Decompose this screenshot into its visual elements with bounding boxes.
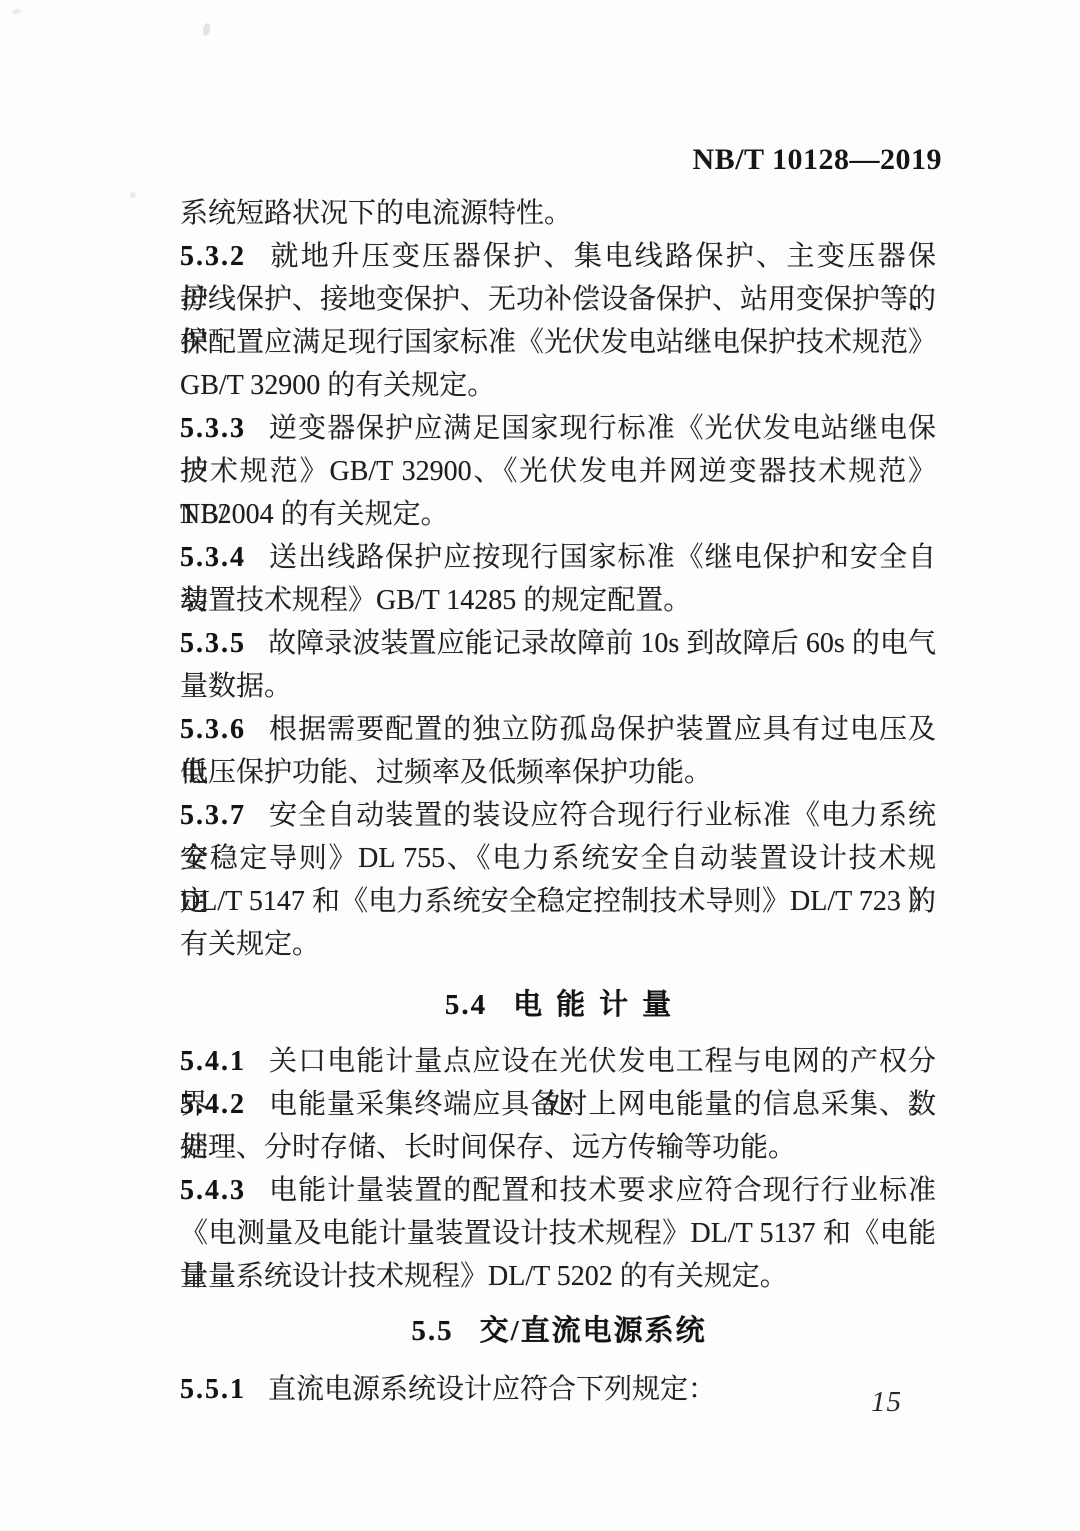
document-number: NB/T 10128—2019 bbox=[693, 143, 942, 177]
body-line: 处理、分时存储、长时间保存、远方传输等功能。 bbox=[180, 1126, 936, 1169]
body-text: T 32004 的有关规定。 bbox=[180, 499, 449, 530]
scan-artifact bbox=[202, 22, 212, 36]
body-text: 护配置应满足现行国家标准《光伏发电站继电保护技术规范》 bbox=[180, 327, 936, 358]
body-line: 5.4.3电能计量装置的配置和技术要求应符合现行行业标准 bbox=[180, 1169, 936, 1212]
body-text: 处理、分时存储、长时间保存、远方传输等功能。 bbox=[180, 1132, 796, 1163]
clause-number: 5.4.1 bbox=[180, 1046, 246, 1077]
section-title: 交/直流电源系统 bbox=[480, 1315, 707, 1347]
section-heading: 5.4电能计量 bbox=[180, 982, 936, 1028]
clause-number: 5.4.2 bbox=[180, 1089, 246, 1120]
section-number: 5.5 bbox=[411, 1315, 453, 1347]
clause-number: 5.3.4 bbox=[180, 542, 246, 573]
body-line: 计量系统设计技术规程》DL/T 5202 的有关规定。 bbox=[180, 1255, 936, 1298]
body-text: DL/T 5147 和《电力系统安全稳定控制技术导则》DL/T 723 的 bbox=[180, 886, 936, 917]
body-line: DL/T 5147 和《电力系统安全稳定控制技术导则》DL/T 723 的 bbox=[180, 880, 936, 923]
body-text: 直流电源系统设计应符合下列规定： bbox=[268, 1374, 716, 1405]
clause-number: 5.3.7 bbox=[180, 800, 246, 831]
body-line: 5.5.1直流电源系统设计应符合下列规定： bbox=[180, 1368, 936, 1411]
section-title: 电能计量 bbox=[513, 989, 685, 1021]
body-line: 《电测量及电能计量装置设计技术规程》DL/T 5137 和《电能量 bbox=[180, 1212, 936, 1255]
body-line: 5.3.4送出线路保护应按现行国家标准《继电保护和安全自动 bbox=[180, 536, 936, 579]
clause-number: 5.5.1 bbox=[180, 1374, 246, 1405]
body-text: 有关规定。 bbox=[180, 929, 320, 960]
body-line: 护配置应满足现行国家标准《光伏发电站继电保护技术规范》 bbox=[180, 321, 936, 364]
body-line: 5.3.2就地升压变压器保护、集电线路保护、主变压器保护、 bbox=[180, 235, 936, 278]
body-line: 5.3.5故障录波装置应能记录故障前 10s 到故障后 60s 的电气 bbox=[180, 622, 936, 665]
body-text: 量数据。 bbox=[180, 671, 292, 702]
body-line: 5.4.1关口电能计量点应设在光伏发电工程与电网的产权分界处。 bbox=[180, 1040, 936, 1083]
body-line: 5.3.7安全自动装置的装设应符合现行行业标准《电力系统安 bbox=[180, 794, 936, 837]
body-text: 故障录波装置应能记录故障前 10s 到故障后 60s 的电气 bbox=[268, 628, 936, 659]
clause-number: 5.4.3 bbox=[180, 1175, 246, 1206]
body-text: 装置技术规程》GB/T 14285 的规定配置。 bbox=[180, 585, 691, 616]
body-text: 电能计量装置的配置和技术要求应符合现行行业标准 bbox=[268, 1175, 936, 1206]
section-number: 5.4 bbox=[445, 989, 487, 1021]
body-line: 装置技术规程》GB/T 14285 的规定配置。 bbox=[180, 579, 936, 622]
clause-number: 5.3.5 bbox=[180, 628, 246, 659]
body-line: 全稳定导则》DL 755、《电力系统安全自动装置设计技术规定》 bbox=[180, 837, 936, 880]
clause-number: 5.3.3 bbox=[180, 413, 246, 444]
body-text: 计量系统设计技术规程》DL/T 5202 的有关规定。 bbox=[180, 1261, 788, 1292]
body-line: 有关规定。 bbox=[180, 923, 936, 966]
body-line: 技术规范》GB/T 32900、《光伏发电并网逆变器技术规范》NB/ bbox=[180, 450, 936, 493]
body-line: T 32004 的有关规定。 bbox=[180, 493, 936, 536]
body-line: 系统短路状况下的电流源特性。 bbox=[180, 192, 936, 235]
document-body: 系统短路状况下的电流源特性。5.3.2就地升压变压器保护、集电线路保护、主变压器… bbox=[180, 192, 936, 1411]
body-line: 5.3.3逆变器保护应满足国家现行标准《光伏发电站继电保护 bbox=[180, 407, 936, 450]
page-number: 15 bbox=[871, 1386, 902, 1419]
clause-number: 5.3.6 bbox=[180, 714, 246, 745]
scan-artifact bbox=[130, 192, 136, 198]
body-line: GB/T 32900 的有关规定。 bbox=[180, 364, 936, 407]
body-line: 电压保护功能、过频率及低频率保护功能。 bbox=[180, 751, 936, 794]
body-text: GB/T 32900 的有关规定。 bbox=[180, 370, 495, 401]
document-page: NB/T 10128—2019 系统短路状况下的电流源特性。5.3.2就地升压变… bbox=[0, 0, 1080, 1531]
body-text: 电压保护功能、过频率及低频率保护功能。 bbox=[180, 757, 712, 788]
body-line: 量数据。 bbox=[180, 665, 936, 708]
body-text: 系统短路状况下的电流源特性。 bbox=[180, 198, 572, 229]
scan-artifact bbox=[11, 8, 21, 16]
clause-number: 5.3.2 bbox=[180, 241, 246, 272]
body-line: 5.3.6根据需要配置的独立防孤岛保护装置应具有过电压及低 bbox=[180, 708, 936, 751]
body-line: 母线保护、接地变保护、无功补偿设备保护、站用变保护等的保 bbox=[180, 278, 936, 321]
section-heading: 5.5交/直流电源系统 bbox=[180, 1308, 936, 1354]
body-line: 5.4.2电能量采集终端应具备对上网电能量的信息采集、数据 bbox=[180, 1083, 936, 1126]
